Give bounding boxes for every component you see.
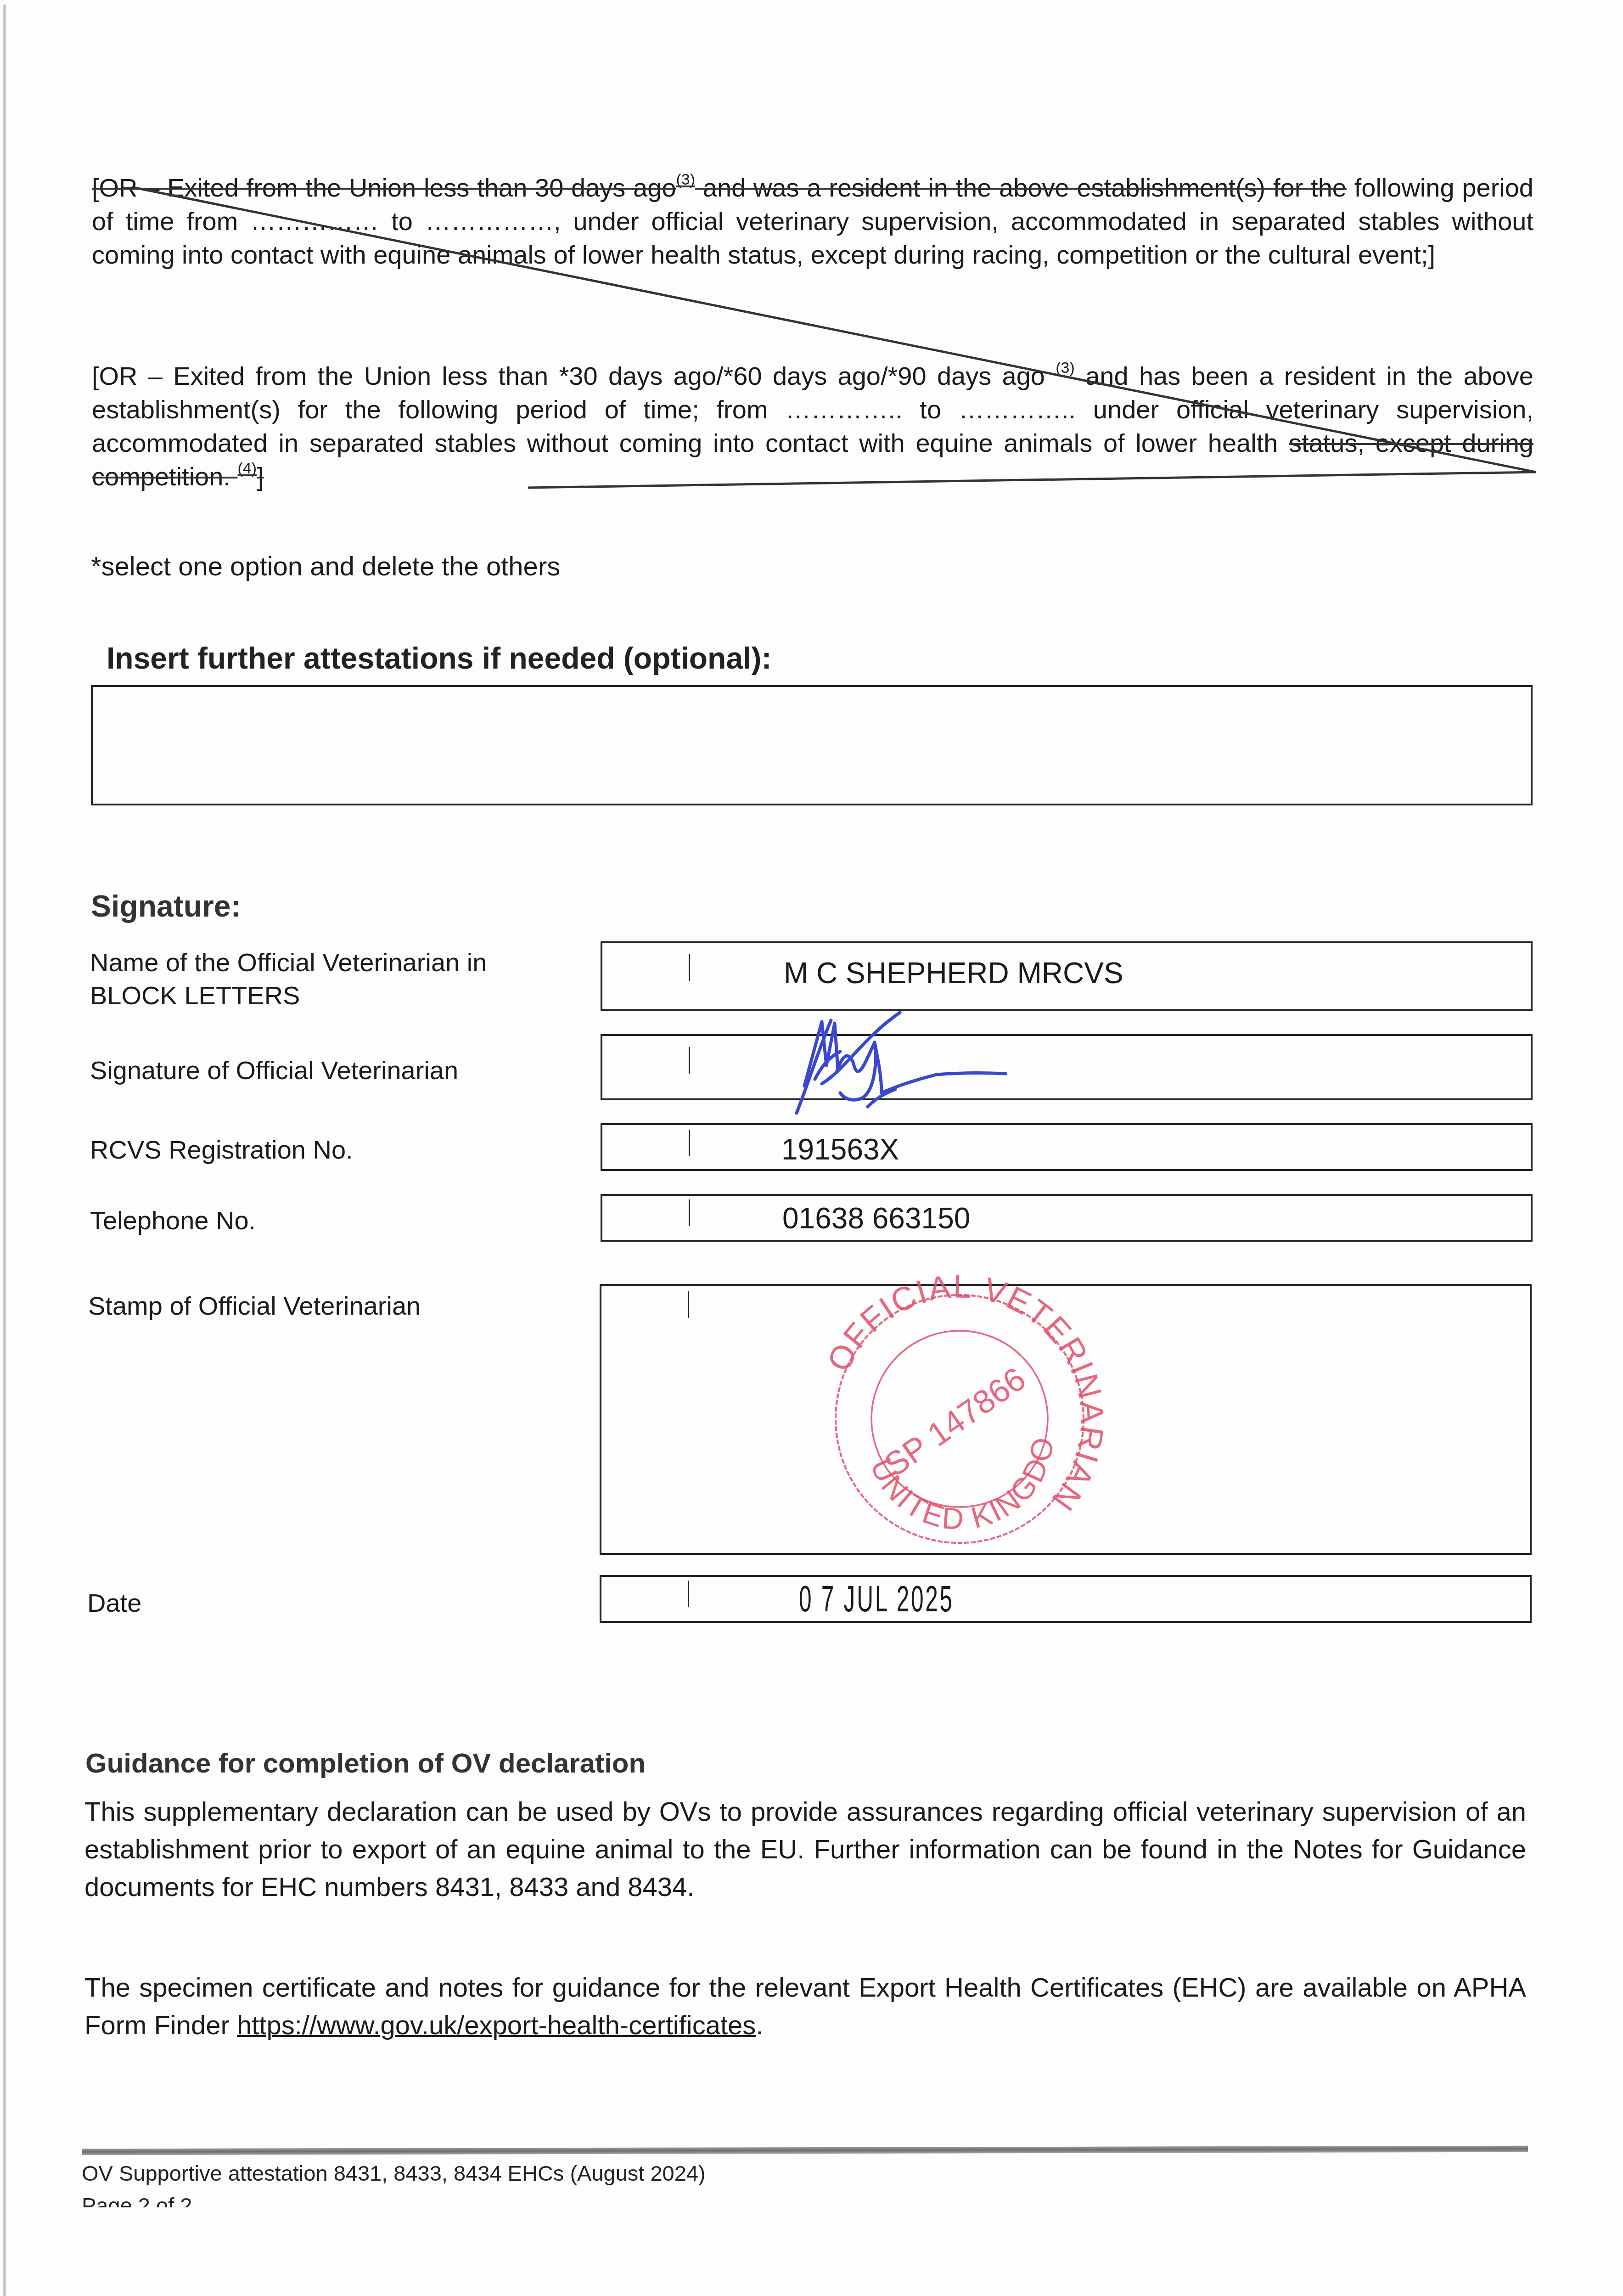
guidance-heading: Guidance for completion of OV declaratio… [85, 1747, 646, 1779]
rcvs-field[interactable]: 191563X [601, 1123, 1533, 1171]
telephone-value: 01638 663150 [782, 1201, 970, 1235]
select-note: *select one option and delete the others [91, 551, 560, 582]
stamp-label: Stamp of Official Veterinarian [88, 1289, 421, 1322]
field-tick [689, 954, 690, 981]
signature-label: Signature of Official Veterinarian [90, 1054, 458, 1087]
option-a-paragraph: [OR – Exited from the Union less than 30… [92, 171, 1533, 271]
date-value: 0 7 JUL 2025 [799, 1578, 954, 1620]
option-a-struck-line: [OR – Exited from the Union less than 30… [92, 173, 1347, 202]
name-field[interactable]: M C SHEPHERD MRCVS [601, 941, 1533, 1011]
date-field[interactable]: 0 7 JUL 2025 [600, 1575, 1532, 1623]
further-attestations-heading: Insert further attestations if needed (o… [107, 641, 771, 675]
telephone-field[interactable]: 01638 663150 [601, 1194, 1533, 1242]
signature-heading: Signature: [91, 889, 241, 923]
footer-rule [82, 2146, 1528, 2155]
name-label: Name of the Official Veterinarian in BLO… [90, 946, 567, 1012]
date-label: Date [87, 1587, 141, 1620]
signature-field[interactable] [601, 1034, 1533, 1100]
option-b-paragraph: [OR – Exited from the Union less than *3… [92, 359, 1533, 493]
rcvs-value: 191563X [781, 1132, 899, 1166]
telephone-label: Telephone No. [90, 1204, 256, 1237]
name-value: M C SHEPHERD MRCVS [784, 956, 1123, 990]
export-health-certificates-link[interactable]: https://www.gov.uk/export-health-certifi… [237, 2010, 756, 2040]
guidance-paragraph-2: The specimen certificate and notes for g… [84, 1969, 1526, 2044]
field-tick [688, 1291, 689, 1318]
guidance-paragraph-1: This supplementary declaration can be us… [84, 1793, 1526, 1906]
field-tick [689, 1130, 690, 1156]
field-tick [689, 1199, 690, 1226]
rcvs-label: RCVS Registration No. [90, 1133, 353, 1166]
stamp-field[interactable] [600, 1284, 1532, 1555]
footer-page-number: Page 2 of 2 [82, 2193, 192, 2207]
footer-title: OV Supportive attestation 8431, 8433, 84… [82, 2161, 706, 2186]
further-attestations-field[interactable] [91, 685, 1533, 805]
scan-edge [3, 5, 6, 2296]
field-tick [688, 1581, 689, 1607]
field-tick [689, 1047, 690, 1074]
